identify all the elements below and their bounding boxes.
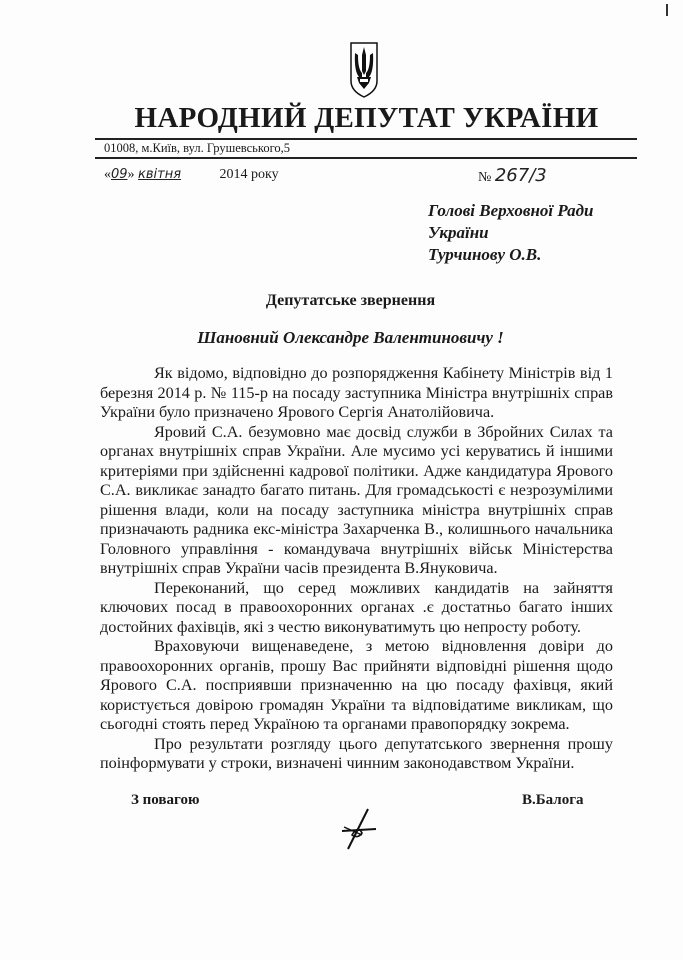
number-label: № — [478, 170, 491, 185]
signer-name: В.Балога — [522, 792, 584, 809]
date-close-quote: » — [128, 167, 135, 182]
date-year: 2014 року — [220, 167, 279, 182]
registration-number: № 267/3 — [478, 165, 547, 186]
document-subject: Депутатське звернення — [0, 292, 683, 310]
scan-mark — [666, 4, 668, 16]
number-value: 267/3 — [495, 165, 547, 186]
date-month: квітня — [138, 167, 216, 182]
handwritten-signature-icon — [338, 805, 378, 853]
date-day: 09 — [111, 167, 128, 182]
letter-page: НАРОДНИЙ ДЕПУТАТ УКРАЇНИ 01008, м.Київ, … — [0, 0, 683, 960]
recipient-line: Турчинову О.В. — [428, 244, 594, 266]
recipient-block: Голові Верховної Ради України Турчинову … — [428, 200, 594, 266]
letterhead-address: 01008, м.Київ, вул. Грушевського,5 — [104, 141, 290, 156]
closing-phrase: З повагою — [131, 792, 199, 809]
body-paragraph: Переконаний, що серед можливих кандидаті… — [100, 579, 613, 638]
recipient-line: Голові Верховної Ради — [428, 200, 594, 222]
letterhead-title: НАРОДНИЙ ДЕПУТАТ УКРАЇНИ — [0, 102, 683, 135]
body-paragraph: Як відомо, відповідно до розпорядження К… — [100, 364, 613, 423]
trident-coat-of-arms-icon — [349, 41, 379, 99]
letter-body: Як відомо, відповідно до розпорядження К… — [100, 364, 613, 774]
salutation: Шановний Олександре Валентиновичу ! — [0, 328, 683, 348]
letterhead-rule-top — [95, 138, 637, 140]
body-paragraph: Враховуючи вищенаведене, з метою відновл… — [100, 637, 613, 735]
body-paragraph: Яровий С.А. безумовно має досвід служби … — [100, 423, 613, 579]
document-date: «09» квітня 2014 року — [104, 167, 279, 183]
letterhead-rule-bottom — [95, 157, 637, 159]
recipient-line: України — [428, 222, 594, 244]
body-paragraph: Про результати розгляду цього депутатськ… — [100, 735, 613, 774]
date-open-quote: « — [104, 167, 111, 182]
